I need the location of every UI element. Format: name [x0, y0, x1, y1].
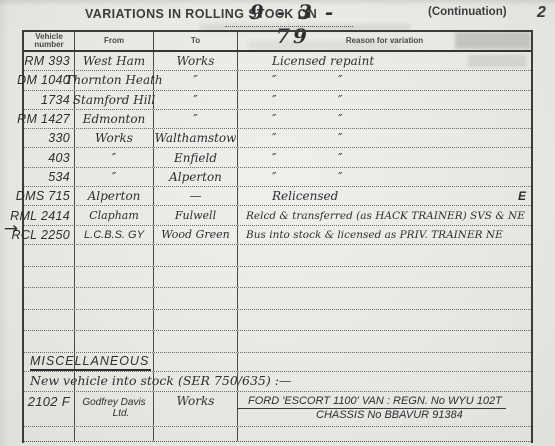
ditto-mark: ″: [154, 110, 238, 128]
ditto-mark: ″: [238, 73, 276, 87]
empty-row: [24, 288, 531, 310]
new-vehicle-intro-row: New vehicle into stock (SER 750/635) :—: [24, 372, 531, 391]
table-row: 534 ″ Alperton ″″: [24, 168, 531, 187]
column-header-reason: Reason for variation: [238, 32, 531, 50]
column-header-from: From: [75, 32, 154, 50]
reason-text: Bus into stock & licensed as PRIV. TRAIN…: [238, 229, 503, 241]
from-location: Works: [75, 129, 154, 147]
ditto-mark: ″: [238, 151, 276, 165]
empty-row: [24, 245, 531, 267]
vehicle-number: RCL 2250: [24, 226, 75, 244]
vehicle-number: 330: [24, 129, 75, 147]
page-number: 2: [537, 4, 546, 22]
to-location: Works: [154, 52, 238, 70]
table-row: RM 393 West Ham Works Licensed repaint: [24, 52, 531, 71]
supplier-name-line2: Ltd.: [99, 409, 130, 420]
ditto-mark: ″: [338, 129, 342, 147]
vehicle-number: 534: [24, 168, 75, 186]
ditto-mark: ″: [338, 110, 342, 128]
empty-row: [24, 310, 531, 332]
vehicle-number: 2102 F: [24, 392, 75, 426]
ditto-mark: ″: [238, 170, 276, 184]
chassis-number: CHASSIS No BBAVUR 91384: [238, 409, 463, 422]
ditto-mark: ″: [338, 168, 342, 186]
scanned-document-page: VARIATIONS IN ROLLING STOCK ON 9 - 3 - 7…: [0, 0, 555, 446]
ditto-mark: ″: [154, 91, 238, 109]
table-header-row: Vehicle number From To Reason for variat…: [24, 32, 531, 52]
to-location: Alperton: [154, 168, 238, 186]
new-vehicle-intro: New vehicle into stock (SER 750/635) :—: [30, 373, 291, 388]
table-row: 330 Works Walthamstow ″″: [24, 129, 531, 148]
dash-mark: —: [154, 187, 238, 205]
ditto-mark: ″: [338, 71, 342, 89]
reason-text: Licensed repaint: [238, 54, 374, 68]
ditto-mark: ″: [154, 71, 238, 89]
from-location: Stamford Hill: [75, 91, 154, 109]
reason-text: Relicensed: [238, 189, 338, 203]
table-row: RML 2414 Clapham Fulwell Relcd & transfe…: [24, 206, 531, 225]
miscellaneous-heading: MISCELLANEOUS: [30, 354, 151, 371]
table-row: 1734 Stamford Hill ″ ″″: [24, 91, 531, 110]
ditto-mark: ″: [338, 91, 342, 109]
from-location: Alperton: [75, 187, 154, 205]
from-location: L.C.B.S. GY: [75, 226, 154, 244]
from-location: Godfrey Davis Ltd.: [75, 392, 154, 426]
to-location: Works: [154, 392, 238, 426]
to-location: Fulwell: [154, 206, 238, 224]
table-row: DMS 715 Alperton — RelicensedE: [24, 187, 531, 206]
new-vehicle-row: 2102 F Godfrey Davis Ltd. Works FORD 'ES…: [24, 392, 531, 427]
vehicle-number: 403: [24, 148, 75, 166]
ditto-mark: ″: [238, 93, 276, 107]
supplier-name: Godfrey Davis: [82, 398, 145, 409]
rolling-stock-table: Vehicle number From To Reason for variat…: [22, 30, 533, 443]
reason-text: Relcd & transferred (as HACK TRAINER) SV…: [238, 210, 525, 222]
vehicle-description: FORD 'ESCORT 1100' VAN : REGN. No WYU 10…: [238, 395, 506, 409]
table-row: DM 1040 Thornton Heath ″ ″″: [24, 71, 531, 90]
vehicle-number: RM 393: [24, 52, 75, 70]
vehicle-number: DMS 715: [24, 187, 75, 205]
ditto-mark: ″: [238, 112, 276, 126]
ditto-mark: ″: [238, 131, 276, 145]
table-row: RM 1427 Edmonton ″ ″″: [24, 110, 531, 129]
miscellaneous-heading-row: MISCELLANEOUS: [24, 353, 531, 372]
new-vehicle-details: FORD 'ESCORT 1100' VAN : REGN. No WYU 10…: [238, 392, 531, 426]
vehicle-number: RML 2414: [24, 206, 75, 224]
vehicle-number: 1734: [24, 91, 75, 109]
from-location: Clapham: [75, 206, 154, 224]
ditto-mark: ″: [338, 148, 342, 166]
to-location: Wood Green: [154, 226, 238, 244]
empty-row: [24, 331, 531, 353]
column-header-to: To: [154, 32, 238, 50]
column-header-vehicle-number: Vehicle number: [24, 32, 75, 50]
to-location: Walthamstow: [154, 129, 238, 147]
empty-row: [24, 267, 531, 289]
from-location: Thornton Heath: [75, 71, 154, 89]
table-row: RCL 2250 L.C.B.S. GY Wood Green Bus into…: [24, 226, 531, 245]
empty-row: [24, 427, 531, 442]
ditto-mark: ″: [75, 168, 154, 186]
from-location: Edmonton: [75, 110, 154, 128]
table-row: 403 ″ Enfield ″″: [24, 148, 531, 167]
ditto-mark: ″: [75, 148, 154, 166]
vehicle-number: RM 1427: [24, 110, 75, 128]
from-location: West Ham: [75, 52, 154, 70]
margin-note: E: [518, 187, 526, 205]
continuation-label: (Continuation): [428, 6, 507, 18]
to-location: Enfield: [154, 148, 238, 166]
